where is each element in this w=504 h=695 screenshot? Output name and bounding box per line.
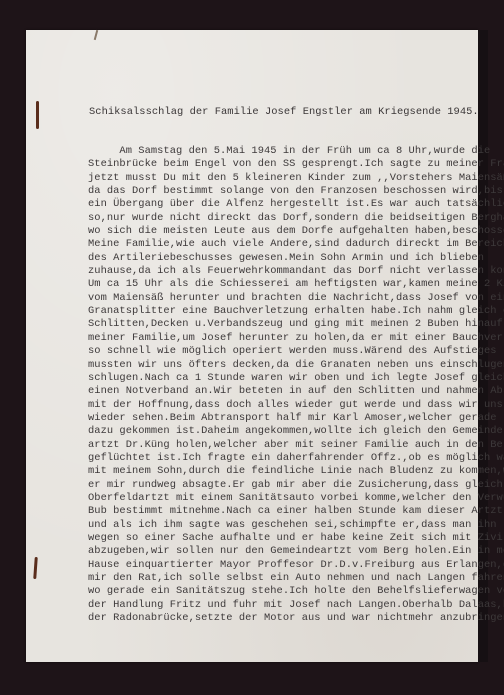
text-line: wo sich die meisten Leute aus dem Dorfe … <box>88 225 483 238</box>
text-line: so schnell wie möglich operiert werden m… <box>88 345 483 358</box>
text-line: des Artilerie­beschusses gewesen.Mein So… <box>88 252 483 265</box>
text-line: Hause einquartierter Mayor Proffesor Dr.… <box>88 559 483 572</box>
text-line: Steinbrücke beim Engel von den SS gespre… <box>88 158 483 171</box>
text-line: geflüchtet ist.Ich fragte ein daherfahre… <box>88 452 483 465</box>
text-line: mir den Rat,ich solle selbst ein Auto ne… <box>88 572 483 585</box>
text-line: jetzt musst Du mit den 5 kleineren Kinde… <box>88 172 483 185</box>
text-line: dazu gekommen ist.Daheim angekommen,woll… <box>88 425 483 438</box>
text-line: Am Samstag den 5.Mai 1945 in der Früh um… <box>88 145 483 158</box>
text-line: der Handlung Fritz und fuhr mit Josef na… <box>88 599 483 612</box>
document-body: Am Samstag den 5.Mai 1945 in der Früh um… <box>88 145 483 625</box>
text-line: Schlitten,Decken u.Verbandszeug und ging… <box>88 318 483 331</box>
text-line: zuhause,da ich als Feuerwehrkommandant d… <box>88 265 483 278</box>
text-line: so,nur wurde nicht direckt das Dorf,sond… <box>88 212 483 225</box>
text-line: er mir rundweg absagte.Er gab mir aber d… <box>88 479 483 492</box>
text-line: mit der Hoffnung,dass doch alles wieder … <box>88 399 483 412</box>
text-line: wieder sehen.Beim Abtransport half mir K… <box>88 412 483 425</box>
text-line: einen Notverband an.Wir beteten in auf d… <box>88 385 483 398</box>
text-line: Meine Familie,wie auch viele Andere,sind… <box>88 238 483 251</box>
text-line: vom Maiensäß herunter und brachten die N… <box>88 292 483 305</box>
text-line: Um ca 15 Uhr als die Schiesserei am heft… <box>88 278 483 291</box>
text-line: mussten wir uns öfters decken,da die Gra… <box>88 359 483 372</box>
text-line: mit meinem Sohn,durch die feindliche Lin… <box>88 465 483 478</box>
text-line: meiner Familie,um Josef herunter zu hole… <box>88 332 483 345</box>
text-line: und als ich ihm sagte was geschehen sei,… <box>88 519 483 532</box>
text-line: Bub bestimmt mitnehme.Nach ca einer halb… <box>88 505 483 518</box>
text-line: da das Dorf bestimmt solange von den Fra… <box>88 185 483 198</box>
text-line: Oberfeldartzt mit einem Sanitätsauto vor… <box>88 492 483 505</box>
staple-mark-top <box>36 101 39 129</box>
document-title: Schiksalsschlag der Familie Josef Engstl… <box>89 106 479 118</box>
text-line: der Radonabrücke,setzte der Motor aus un… <box>88 612 483 625</box>
text-line: Granatsplitter eine Bauchverletzung erha… <box>88 305 483 318</box>
text-line: wegen so einer Sache aufhalte und er hab… <box>88 532 483 545</box>
text-line: abzugeben,wir sollen nur den Gemeindeart… <box>88 545 483 558</box>
text-line: artzt Dr.Küng holen,welcher aber mit sei… <box>88 439 483 452</box>
text-line: wo gerade ein Sanitätszug stehe.Ich holt… <box>88 585 483 598</box>
text-line: schlugen.Nach ca 1 Stunde waren wir oben… <box>88 372 483 385</box>
text-line: ein Übergang über die Alfenz hergestellt… <box>88 198 483 211</box>
